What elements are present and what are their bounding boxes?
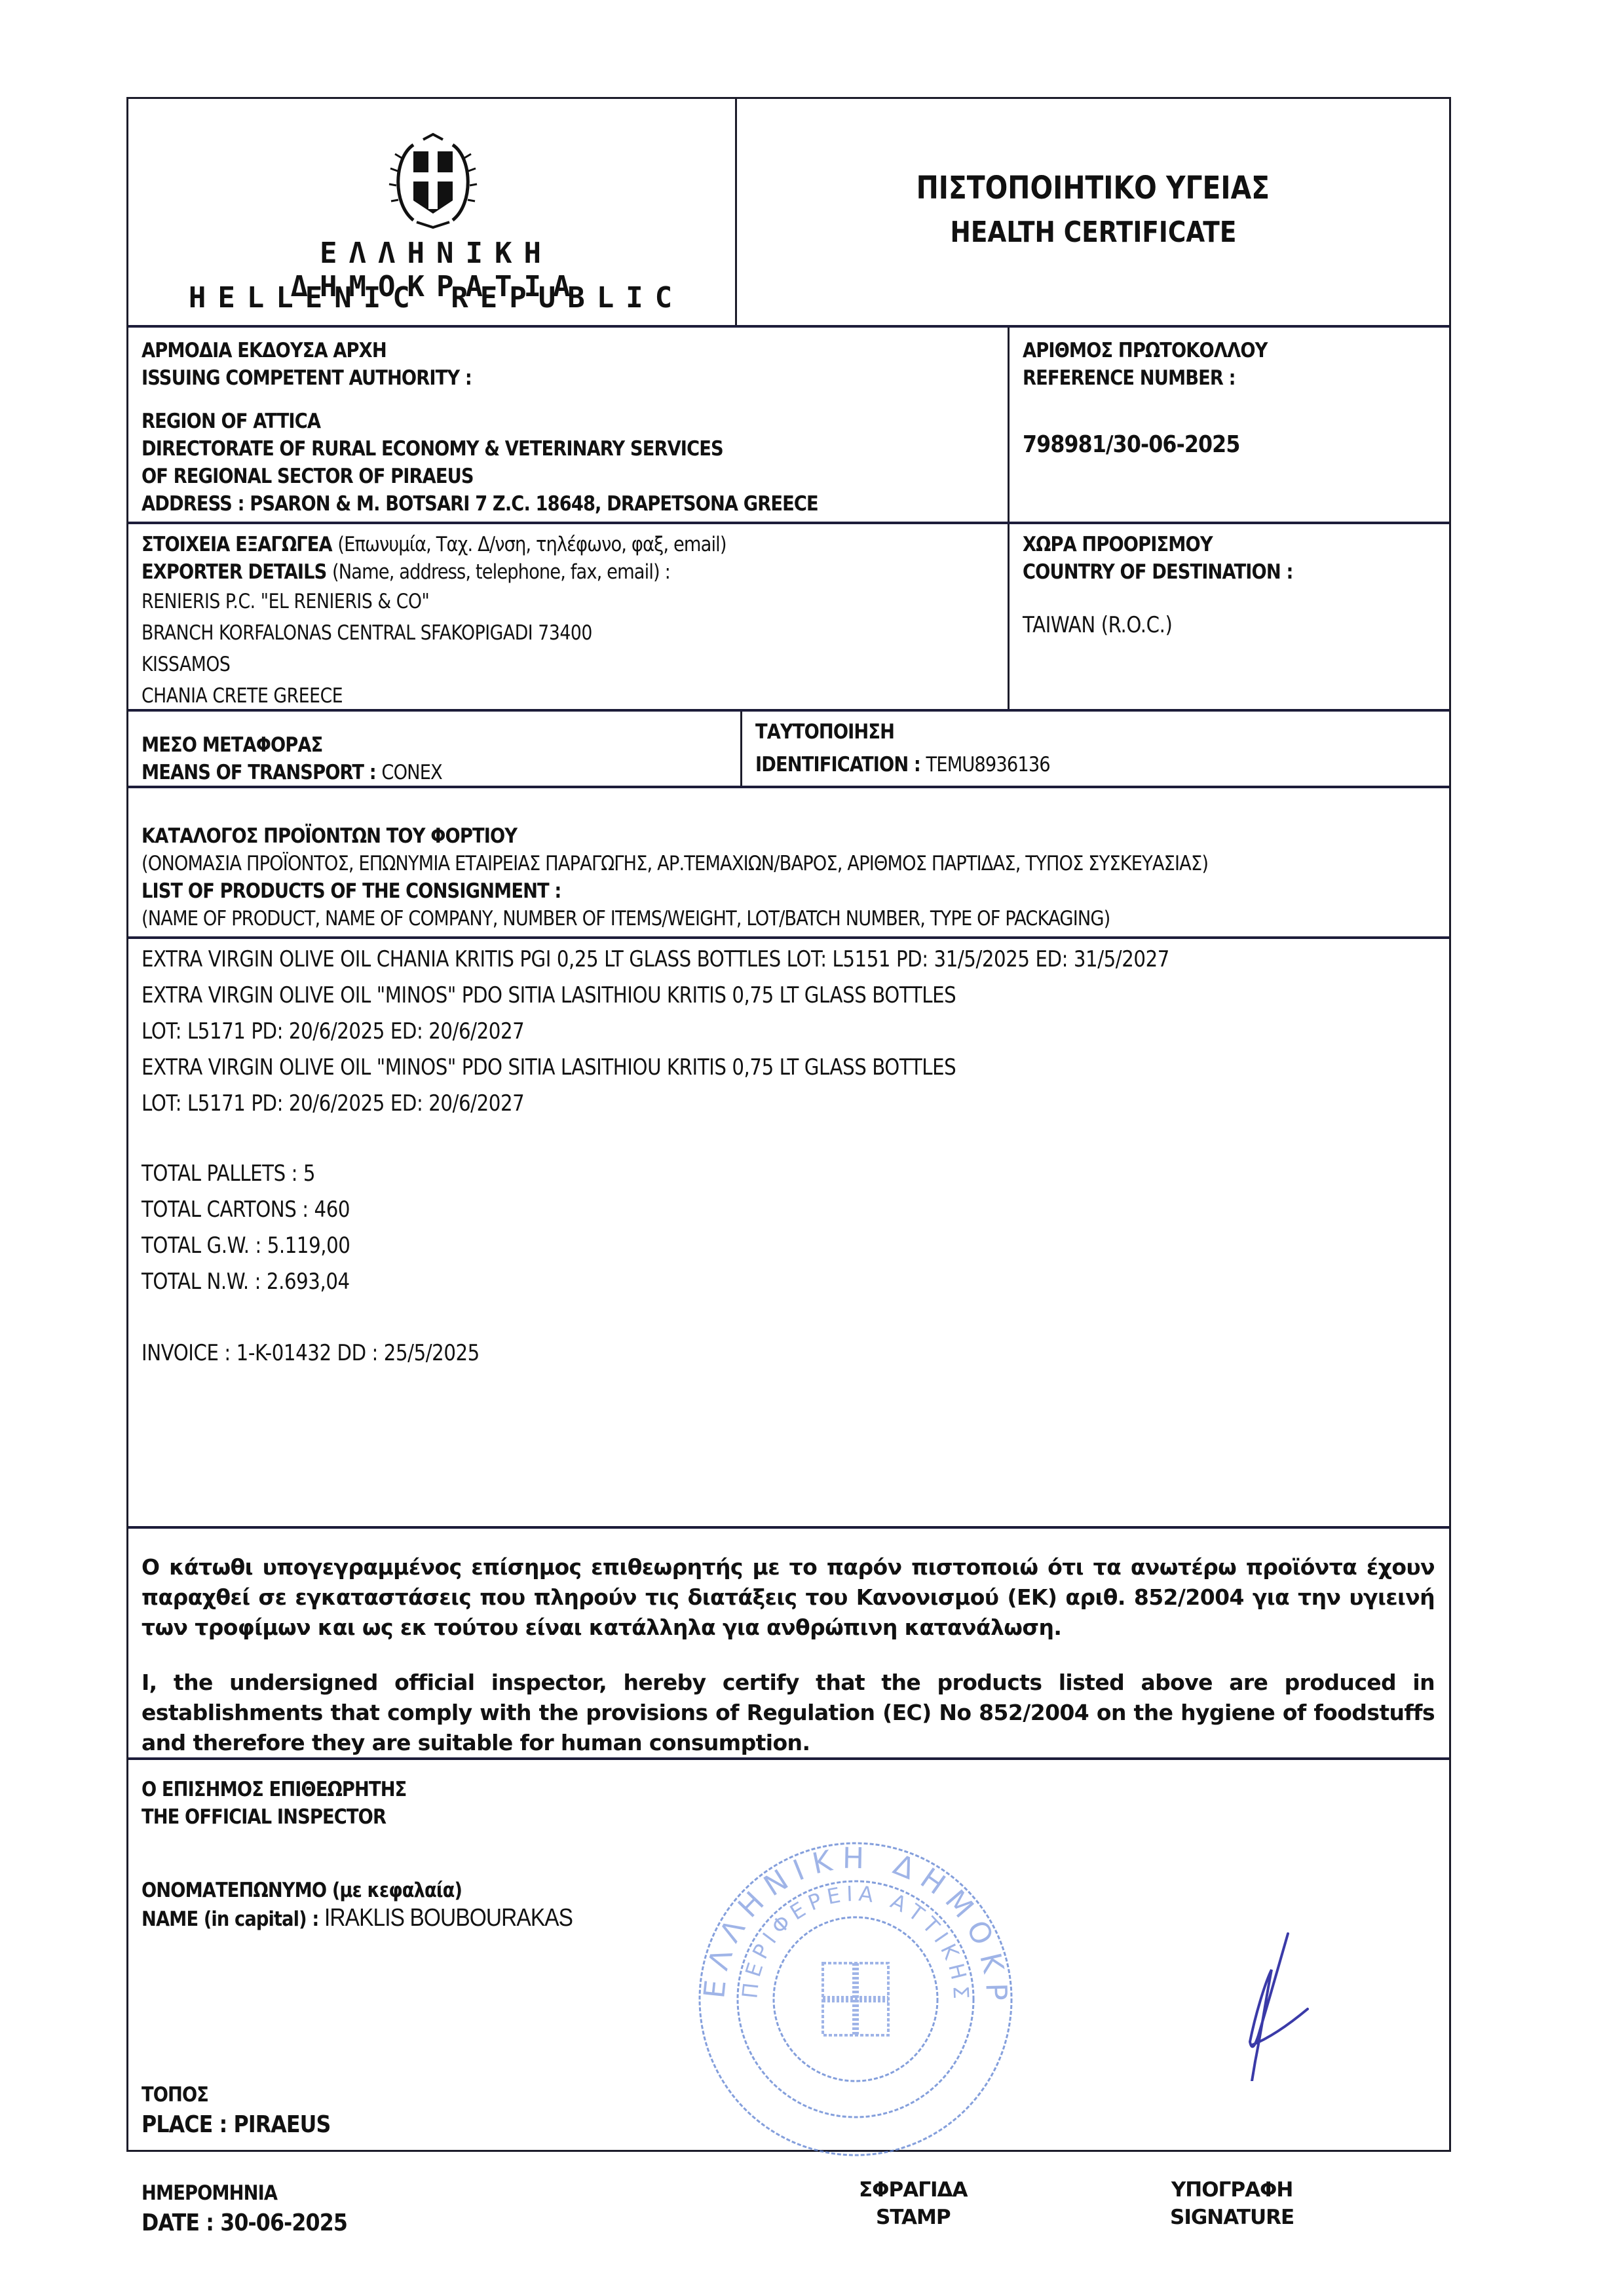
total-pallets: TOTAL PALLETS : 5 — [142, 1156, 1266, 1192]
identification-label-greek: ΤΑΥΤΟΠΟΙΗΣΗ — [755, 718, 1366, 746]
products-hint-english: (NAME OF PRODUCT, NAME OF COMPANY, NUMBE… — [142, 905, 1292, 932]
exporter-hint-english: (Name, address, telephone, fax, email) : — [332, 560, 670, 584]
stamp-label-greek: ΣΦΡΑΓΙΔΑ — [859, 2176, 968, 2204]
products-hint-greek: (ΟΝΟΜΑΣΙΑ ΠΡΟΪΟΝΤΟΣ, ΕΠΩΝΥΜΙΑ ΕΤΑΙΡΕΙΑΣ … — [142, 850, 1292, 877]
issuing-authority-section: ΑΡΜΟΔΙΑ ΕΚΔΟΥΣΑ ΑΡΧΗ ISSUING COMPETENT A… — [128, 328, 1010, 522]
total-cartons: TOTAL CARTONS : 460 — [142, 1192, 1266, 1228]
signature-label-greek: ΥΠΟΓΡΑΦΗ — [1170, 2176, 1294, 2204]
date-value: 30-06-2025 — [220, 2210, 347, 2236]
stamp-label-english: STAMP — [859, 2204, 968, 2231]
place-label-greek: ΤΟΠΟΣ — [142, 2081, 330, 2109]
inspector-title-greek: Ο ΕΠΙΣΗΜΟΣ ΕΠΙΘΕΩΡΗΤΗΣ — [142, 1776, 1292, 1803]
inspector-section: Ο ΕΠΙΣΗΜΟΣ ΕΠΙΘΕΩΡΗΤΗΣ THE OFFICIAL INSP… — [128, 1760, 1449, 2150]
republic-block: ΕΛΛΗΝΙΚΗ ΔΗΜΟΚΡΑΤΙΑ HELLENIC REPUBLIC — [128, 99, 737, 325]
transport-label-english: MEANS OF TRANSPORT : — [142, 761, 376, 784]
exporter-label-english: EXPORTER DETAILS — [142, 560, 326, 584]
stamp-label-block: ΣΦΡΑΓΙΔΑ STAMP — [859, 2176, 968, 2231]
authority-label-greek: ΑΡΜΟΔΙΑ ΕΚΔΟΥΣΑ ΑΡΧΗ — [142, 337, 903, 364]
exporter-section: ΣΤΟΙΧΕΙΑ ΕΞΑΓΩΓΕΑ (Επωνυμία, Ταχ. Δ/νση,… — [128, 524, 1010, 709]
product-line: LOT: L5171 PD: 20/6/2025 ED: 20/6/2027 — [142, 1014, 1266, 1050]
product-line: LOT: L5171 PD: 20/6/2025 ED: 20/6/2027 — [142, 1086, 1266, 1122]
certification-text-greek: Ο κάτωθι υπογεγραμμένος επίσημος επιθεωρ… — [142, 1552, 1435, 1643]
authority-label-english: ISSUING COMPETENT AUTHORITY : — [142, 364, 903, 392]
products-section: EXTRA VIRGIN OLIVE OIL CHANIA KRITIS PGI… — [128, 939, 1449, 1529]
transport-value: CONEX — [381, 761, 442, 784]
certification-section: Ο κάτωθι υπογεγραμμένος επίσημος επιθεωρ… — [128, 1529, 1449, 1760]
destination-label-greek: ΧΩΡΑ ΠΡΟΟΡΙΣΜΟΥ — [1023, 531, 1398, 558]
total-gross-weight: TOTAL G.W. : 5.119,00 — [142, 1228, 1266, 1264]
product-line: EXTRA VIRGIN OLIVE OIL "MINOS" PDO SITIA… — [142, 1050, 1266, 1086]
signature-label-english: SIGNATURE — [1170, 2204, 1294, 2231]
certificate-title-english: HEALTH CERTIFICATE — [950, 216, 1236, 249]
exporter-label-greek: ΣΤΟΙΧΕΙΑ ΕΞΑΓΩΓΕΑ — [142, 533, 332, 556]
products-label-english: LIST OF PRODUCTS OF THE CONSIGNMENT : — [142, 877, 1292, 905]
transport-label-greek: ΜΕΣΟ ΜΕΤΑΦΟΡΑΣ — [142, 731, 668, 759]
certificate-frame: ΕΛΛΗΝΙΚΗ ΔΗΜΟΚΡΑΤΙΑ HELLENIC REPUBLIC ΠΙ… — [126, 97, 1451, 2152]
inspector-name-value: IRAKLIS BOUBOURAKAS — [324, 1904, 573, 1932]
exporter-line: BRANCH KORFALONAS CENTRAL SFAKOPIGADI 73… — [142, 617, 886, 649]
place-block: ΤΟΠΟΣ PLACE : PIRAEUS — [142, 2081, 356, 2141]
authority-address: ADDRESS : PSARON & M. BOTSARI 7 Z.C. 186… — [142, 490, 903, 518]
place-label-english: PLACE : — [142, 2111, 227, 2138]
reference-number-value: 798981/30-06-2025 — [1023, 431, 1398, 459]
reference-number-section: ΑΡΙΘΜΟΣ ΠΡΩΤΟΚΟΛΛΟΥ REFERENCE NUMBER : 7… — [1010, 328, 1449, 522]
transport-section: ΜΕΣΟ ΜΕΤΑΦΟΡΑΣ MEANS OF TRANSPORT : CONE… — [128, 712, 742, 786]
authority-line: REGION OF ATTICA — [142, 408, 903, 435]
republic-name-english: HELLENIC REPUBLIC — [161, 281, 711, 315]
products-label-greek: ΚΑΤΑΛΟΓΟΣ ΠΡΟΪΟΝΤΩΝ ΤΟΥ ΦΟΡΤΙΟΥ — [142, 822, 1292, 850]
reference-label-english: REFERENCE NUMBER : — [1023, 364, 1398, 392]
product-line: EXTRA VIRGIN OLIVE OIL "MINOS" PDO SITIA… — [142, 978, 1266, 1014]
name-label-greek: ΟΝΟΜΑΤΕΠΩΝΥΜΟ (με κεφαλαία) — [142, 1877, 1292, 1904]
date-label-greek: ΗΜΕΡΟΜΗΝΙΑ — [142, 2179, 347, 2207]
authority-line: OF REGIONAL SECTOR OF PIRAEUS — [142, 463, 903, 490]
certificate-header: ΕΛΛΗΝΙΚΗ ΔΗΜΟΚΡΑΤΙΑ HELLENIC REPUBLIC ΠΙ… — [128, 99, 1449, 328]
place-value: PIRAEUS — [234, 2111, 331, 2138]
exporter-line: KISSAMOS — [142, 649, 886, 680]
products-header-section: ΚΑΤΑΛΟΓΟΣ ΠΡΟΪΟΝΤΩΝ ΤΟΥ ΦΟΡΤΙΟΥ (ΟΝΟΜΑΣΙ… — [128, 788, 1449, 939]
exporter-row: ΣΤΟΙΧΕΙΑ ΕΞΑΓΩΓΕΑ (Επωνυμία, Ταχ. Δ/νση,… — [128, 524, 1449, 712]
transport-row: ΜΕΣΟ ΜΕΤΑΦΟΡΑΣ MEANS OF TRANSPORT : CONE… — [128, 712, 1449, 788]
product-line: EXTRA VIRGIN OLIVE OIL CHANIA KRITIS PGI… — [142, 942, 1266, 978]
exporter-line: RENIERIS P.C. "EL RENIERIS & CO" — [142, 586, 886, 617]
identification-value: TEMU8936136 — [926, 753, 1050, 776]
reference-label-greek: ΑΡΙΘΜΟΣ ΠΡΩΤΟΚΟΛΛΟΥ — [1023, 337, 1398, 364]
identification-section: ΤΑΥΤΟΠΟΙΗΣΗ IDENTIFICATION : TEMU8936136 — [742, 712, 1449, 786]
name-label-english: NAME (in capital) : — [142, 1907, 318, 1931]
exporter-hint-greek: (Επωνυμία, Ταχ. Δ/νση, τηλέφωνο, φαξ, em… — [337, 533, 726, 556]
date-label-english: DATE : — [142, 2210, 214, 2236]
total-net-weight: TOTAL N.W. : 2.693,04 — [142, 1264, 1266, 1300]
certificate-title-greek: ΠΙΣΤΟΠΟΙΗΤΙΚΟ ΥΓΕΙΑΣ — [916, 170, 1270, 206]
destination-section: ΧΩΡΑ ΠΡΟΟΡΙΣΜΟΥ COUNTRY OF DESTINATION :… — [1010, 524, 1449, 709]
inspector-title-english: THE OFFICIAL INSPECTOR — [142, 1803, 1292, 1831]
greek-coat-of-arms-icon — [387, 132, 479, 230]
certification-text-english: I, the undersigned official inspector, h… — [142, 1668, 1435, 1758]
destination-label-english: COUNTRY OF DESTINATION : — [1023, 558, 1398, 586]
certificate-title-block: ΠΙΣΤΟΠΟΙΗΤΙΚΟ ΥΓΕΙΑΣ HEALTH CERTIFICATE — [737, 99, 1449, 325]
date-block: ΗΜΕΡΟΜΗΝΙΑ DATE : 30-06-2025 — [142, 2179, 375, 2240]
signature-label-block: ΥΠΟΓΡΑΦΗ SIGNATURE — [1170, 2176, 1294, 2231]
authority-row: ΑΡΜΟΔΙΑ ΕΚΔΟΥΣΑ ΑΡΧΗ ISSUING COMPETENT A… — [128, 328, 1449, 524]
handwritten-signature-icon — [1190, 1930, 1321, 2081]
identification-label-english: IDENTIFICATION : — [755, 753, 920, 776]
authority-line: DIRECTORATE OF RURAL ECONOMY & VETERINAR… — [142, 435, 903, 463]
destination-value: TAIWAN (R.O.C.) — [1023, 609, 1389, 641]
invoice-line: INVOICE : 1-K-01432 DD : 25/5/2025 — [142, 1335, 1266, 1371]
exporter-line: CHANIA CRETE GREECE — [142, 680, 886, 712]
